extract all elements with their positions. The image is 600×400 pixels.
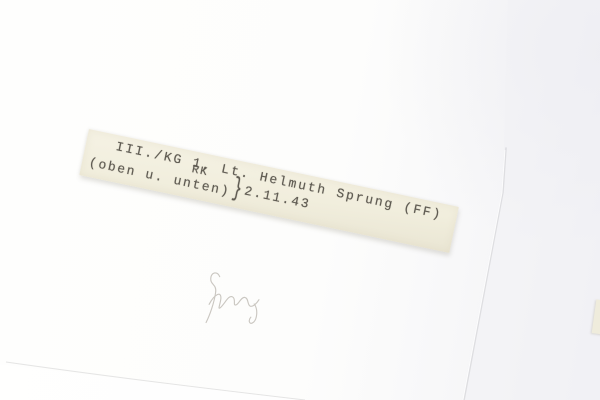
background-surface-region <box>463 0 600 400</box>
signature-stroke-3 <box>248 304 257 324</box>
signature-stroke-1 <box>204 273 223 323</box>
photo-back-scene: III./KG 1, Lt. Helmuth Sprung (FF) (oben… <box>0 0 600 400</box>
pencil-signature-icon <box>186 262 282 341</box>
paper-fold-lower-region <box>0 364 300 400</box>
signature-stroke-2 <box>209 292 260 309</box>
